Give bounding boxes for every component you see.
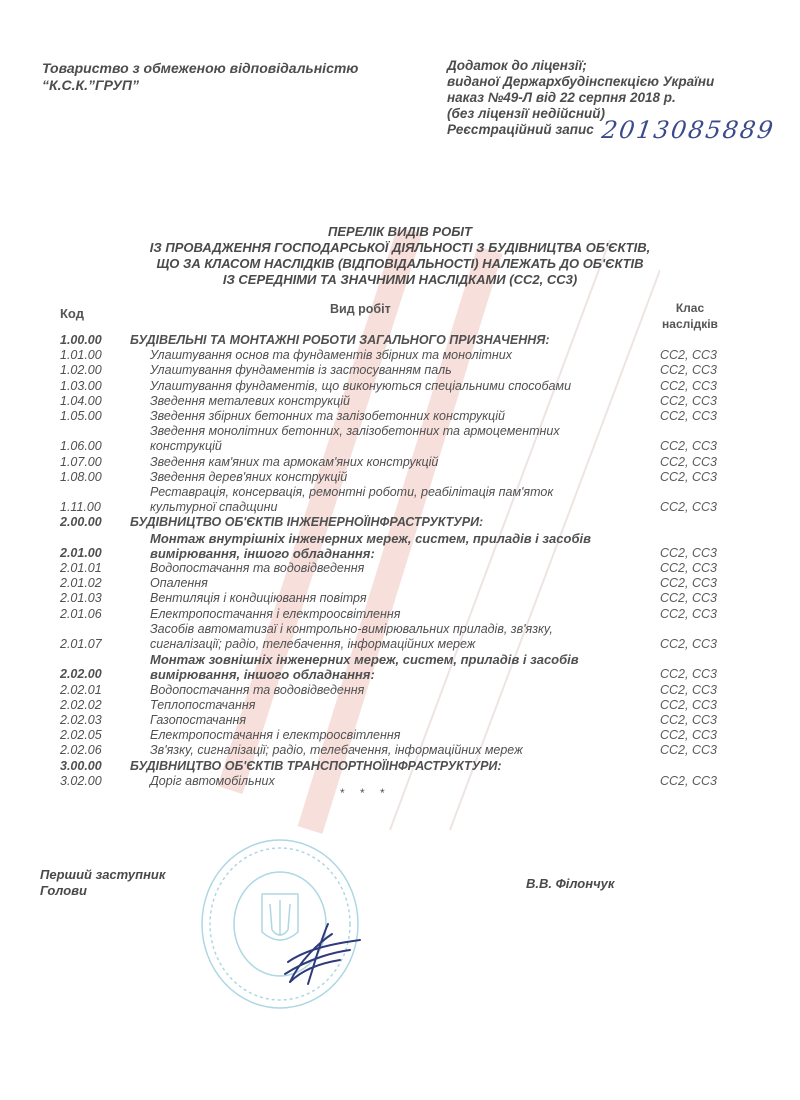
work-description: Зведення кам'яних та армокам'яних констр… xyxy=(132,455,652,470)
work-description-line: Газопостачання xyxy=(150,713,652,728)
work-description-line: культурної спадщини xyxy=(150,500,652,515)
work-type-row: 2.01.02ОпаленняСС2, СС3 xyxy=(60,576,740,591)
work-code: 2.01.02 xyxy=(60,576,132,591)
consequence-class: СС2, СС3 xyxy=(660,607,740,622)
work-description: Улаштування фундаментів, що виконуються … xyxy=(132,379,652,394)
consequence-class: СС2, СС3 xyxy=(660,667,740,682)
work-description-line: Улаштування основ та фундаментів збірних… xyxy=(150,348,652,363)
work-description: Електропостачання і електроосвітлення xyxy=(132,728,652,743)
work-code: 2.02.03 xyxy=(60,713,132,728)
work-type-row: 1.00.00БУДІВЕЛЬНІ ТА МОНТАЖНІ РОБОТИ ЗАГ… xyxy=(60,333,740,348)
work-description: Електропостачання і електроосвітлення xyxy=(132,607,652,622)
work-type-row: 2.00.00БУДІВНИЦТВО ОБ'ЄКТІВ ІНЖЕНЕРНОЇІН… xyxy=(60,515,740,530)
column-header-code: Код xyxy=(60,306,84,321)
organization-line1: Товариство з обмеженою відповідальністю xyxy=(42,60,358,77)
work-description-line: Зведення монолітних бетонних, залізобето… xyxy=(150,424,652,439)
work-code: 2.01.03 xyxy=(60,591,132,606)
registration-record: Реєстраційний запис 2013085889 xyxy=(447,122,774,138)
work-description: Зведення дерев'яних конструкцій xyxy=(132,470,652,485)
work-description-line: Зведення металевих конструкцій xyxy=(150,394,652,409)
work-code: 3.00.00 xyxy=(60,759,132,774)
work-code: 2.01.07 xyxy=(60,637,132,652)
organization-name: Товариство з обмеженою відповідальністю … xyxy=(42,60,358,94)
work-description: Зведення збірних бетонних та залізобетон… xyxy=(132,409,652,424)
work-description: Зведення монолітних бетонних, залізобето… xyxy=(132,424,652,454)
consequence-class: СС2, СС3 xyxy=(660,409,740,424)
work-description: Водопостачання та водовідведення xyxy=(132,683,652,698)
work-code: 2.02.02 xyxy=(60,698,132,713)
work-description: Опалення xyxy=(132,576,652,591)
work-description-line: Монтаж зовнішніх інженерних мереж, систе… xyxy=(150,652,652,667)
work-code: 1.08.00 xyxy=(60,470,132,485)
work-type-row: 1.07.00Зведення кам'яних та армокам'яних… xyxy=(60,455,740,470)
column-header-consequence-class: Клас наслідків xyxy=(650,300,730,332)
consequence-class: СС2, СС3 xyxy=(660,576,740,591)
signer-position: Перший заступник Голови xyxy=(40,867,165,899)
work-description-line: Вентиляція і кондиціювання повітря xyxy=(150,591,652,606)
work-description-line: Засобів автоматизаї і контрольно-вимірюв… xyxy=(150,622,652,637)
consequence-class: СС2, СС3 xyxy=(660,743,740,758)
work-description-line: Теплопостачання xyxy=(150,698,652,713)
consequence-class: СС2, СС3 xyxy=(660,774,740,789)
work-description: Засобів автоматизаї і контрольно-вимірюв… xyxy=(132,622,652,652)
annex-line3: наказ №49-Л від 22 серпня 2018 р. xyxy=(447,90,774,106)
work-code: 2.02.01 xyxy=(60,683,132,698)
consequence-class: СС2, СС3 xyxy=(660,470,740,485)
work-description-line: Зведення дерев'яних конструкцій xyxy=(150,470,652,485)
work-code: 1.07.00 xyxy=(60,455,132,470)
work-code: 2.00.00 xyxy=(60,515,132,530)
organization-line2: “К.С.К.”ГРУП” xyxy=(42,77,358,94)
work-description-line: Монтаж внутрішніх інженерних мереж, сист… xyxy=(150,531,652,546)
work-description: Доріг автомобільних xyxy=(132,774,652,789)
work-type-row: 1.06.00Зведення монолітних бетонних, зал… xyxy=(60,424,740,454)
title-line4: ІЗ СЕРЕДНІМИ ТА ЗНАЧНИМИ НАСЛІДКАМИ (СС2… xyxy=(100,272,700,288)
work-code: 2.02.06 xyxy=(60,743,132,758)
work-description-line: Зведення кам'яних та армокам'яних констр… xyxy=(150,455,652,470)
work-description-line: конструкцій xyxy=(150,439,652,454)
work-type-row: 2.01.00Монтаж внутрішніх інженерних мере… xyxy=(60,531,740,561)
license-annex-info: Додаток до ліцензії; виданої Держархбуді… xyxy=(447,58,774,138)
consequence-class: СС2, СС3 xyxy=(660,683,740,698)
work-code: 1.06.00 xyxy=(60,439,132,454)
work-description-line: БУДІВНИЦТВО ОБ'ЄКТІВ ІНЖЕНЕРНОЇІНФРАСТРУ… xyxy=(130,515,652,530)
work-description: Зв'язку, сигналізації; радіо, телебаченн… xyxy=(132,743,652,758)
work-type-row: 1.08.00Зведення дерев'яних конструкційСС… xyxy=(60,470,740,485)
consequence-class: СС2, СС3 xyxy=(660,546,740,561)
annex-line1: Додаток до ліцензії; xyxy=(447,58,774,74)
work-description-line: Зв'язку, сигналізації; радіо, телебаченн… xyxy=(150,743,652,758)
title-line3: ЩО ЗА КЛАСОМ НАСЛІДКІВ (ВІДПОВІДАЛЬНОСТІ… xyxy=(100,256,700,272)
work-type-row: 1.02.00Улаштування фундаментів із застос… xyxy=(60,363,740,378)
work-code: 3.02.00 xyxy=(60,774,132,789)
work-description-line: вимірювання, іншого обладнання: xyxy=(150,667,652,682)
work-description: Монтаж внутрішніх інженерних мереж, сист… xyxy=(132,531,652,561)
work-description-line: Зведення збірних бетонних та залізобетон… xyxy=(150,409,652,424)
work-type-row: 3.00.00БУДІВНИЦТВО ОБ'ЄКТІВ ТРАНСПОРТНОЇ… xyxy=(60,759,740,774)
work-types-list: 1.00.00БУДІВЕЛЬНІ ТА МОНТАЖНІ РОБОТИ ЗАГ… xyxy=(60,333,740,789)
work-code: 1.04.00 xyxy=(60,394,132,409)
work-code: 2.01.00 xyxy=(60,546,132,561)
work-description: Вентиляція і кондиціювання повітря xyxy=(132,591,652,606)
work-description-line: вимірювання, іншого обладнання: xyxy=(150,546,652,561)
document-title: ПЕРЕЛІК ВИДІВ РОБІТ ІЗ ПРОВАДЖЕННЯ ГОСПО… xyxy=(100,224,700,288)
work-code: 1.01.00 xyxy=(60,348,132,363)
work-type-row: 2.02.05Електропостачання і електроосвітл… xyxy=(60,728,740,743)
work-description-line: Улаштування фундаментів із застосуванням… xyxy=(150,363,652,378)
work-description-line: Водопостачання та водовідведення xyxy=(150,561,652,576)
work-description-line: Опалення xyxy=(150,576,652,591)
work-description-line: сигналізації; радіо, телебачення, інформ… xyxy=(150,637,652,652)
work-description-line: Електропостачання і електроосвітлення xyxy=(150,728,652,743)
work-description: БУДІВНИЦТВО ОБ'ЄКТІВ ІНЖЕНЕРНОЇІНФРАСТРУ… xyxy=(130,515,652,530)
consequence-class: СС2, СС3 xyxy=(660,713,740,728)
work-code: 1.05.00 xyxy=(60,409,132,424)
work-description-line: Електропостачання і електроосвітлення xyxy=(150,607,652,622)
consequence-class: СС2, СС3 xyxy=(660,455,740,470)
work-type-row: 2.01.07Засобів автоматизаї і контрольно-… xyxy=(60,622,740,652)
work-type-row: 2.02.03ГазопостачанняСС2, СС3 xyxy=(60,713,740,728)
title-line1: ПЕРЕЛІК ВИДІВ РОБІТ xyxy=(100,224,700,240)
signer-position-line1: Перший заступник xyxy=(40,867,165,883)
official-stamp-icon xyxy=(190,832,370,1017)
consequence-class: СС2, СС3 xyxy=(660,637,740,652)
class-header-line2: наслідків xyxy=(650,316,730,332)
work-description: Улаштування основ та фундаментів збірних… xyxy=(132,348,652,363)
work-type-row: 2.01.03Вентиляція і кондиціювання повітр… xyxy=(60,591,740,606)
consequence-class: СС2, СС3 xyxy=(660,439,740,454)
work-description: БУДІВНИЦТВО ОБ'ЄКТІВ ТРАНСПОРТНОЇІНФРАСТ… xyxy=(130,759,652,774)
work-description: Зведення металевих конструкцій xyxy=(132,394,652,409)
work-description: БУДІВЕЛЬНІ ТА МОНТАЖНІ РОБОТИ ЗАГАЛЬНОГО… xyxy=(130,333,652,348)
work-code: 2.01.01 xyxy=(60,561,132,576)
work-type-row: 3.02.00Доріг автомобільнихСС2, СС3 xyxy=(60,774,740,789)
consequence-class: СС2, СС3 xyxy=(660,394,740,409)
work-code: 1.03.00 xyxy=(60,379,132,394)
consequence-class: СС2, СС3 xyxy=(660,591,740,606)
work-type-row: 2.01.01Водопостачання та водовідведенняС… xyxy=(60,561,740,576)
work-description-line: БУДІВЕЛЬНІ ТА МОНТАЖНІ РОБОТИ ЗАГАЛЬНОГО… xyxy=(130,333,652,348)
title-line2: ІЗ ПРОВАДЖЕННЯ ГОСПОДАРСЬКОЇ ДІЯЛЬНОСТІ … xyxy=(100,240,700,256)
work-code: 2.02.05 xyxy=(60,728,132,743)
consequence-class: СС2, СС3 xyxy=(660,500,740,515)
signer-position-line2: Голови xyxy=(40,883,165,899)
work-type-row: 1.01.00Улаштування основ та фундаментів … xyxy=(60,348,740,363)
column-header-work-type: Вид робіт xyxy=(330,302,391,316)
work-code: 1.02.00 xyxy=(60,363,132,378)
work-code: 1.11.00 xyxy=(60,500,132,515)
class-header-line1: Клас xyxy=(650,300,730,316)
work-code: 2.02.00 xyxy=(60,667,132,682)
work-description: Водопостачання та водовідведення xyxy=(132,561,652,576)
consequence-class: СС2, СС3 xyxy=(660,698,740,713)
annex-line2: виданої Держархбудінспекцією України xyxy=(447,74,774,90)
work-type-row: 1.11.00Реставрація, консервація, ремонтн… xyxy=(60,485,740,515)
registration-number: 2013085889 xyxy=(601,122,776,138)
work-description-line: БУДІВНИЦТВО ОБ'ЄКТІВ ТРАНСПОРТНОЇІНФРАСТ… xyxy=(130,759,652,774)
work-description: Монтаж зовнішніх інженерних мереж, систе… xyxy=(132,652,652,682)
work-type-row: 2.02.01Водопостачання та водовідведенняС… xyxy=(60,683,740,698)
consequence-class: СС2, СС3 xyxy=(660,561,740,576)
registration-label: Реєстраційний запис xyxy=(447,122,594,138)
consequence-class: СС2, СС3 xyxy=(660,728,740,743)
work-description: Газопостачання xyxy=(132,713,652,728)
consequence-class: СС2, СС3 xyxy=(660,363,740,378)
consequence-class: СС2, СС3 xyxy=(660,348,740,363)
work-type-row: 1.04.00Зведення металевих конструкційСС2… xyxy=(60,394,740,409)
work-type-row: 2.02.02ТеплопостачанняСС2, СС3 xyxy=(60,698,740,713)
work-description-line: Доріг автомобільних xyxy=(150,774,652,789)
work-description-line: Реставрація, консервація, ремонтні робот… xyxy=(150,485,652,500)
work-description: Улаштування фундаментів із застосуванням… xyxy=(132,363,652,378)
work-type-row: 2.02.06Зв'язку, сигналізації; радіо, тел… xyxy=(60,743,740,758)
work-description: Реставрація, консервація, ремонтні робот… xyxy=(132,485,652,515)
consequence-class: СС2, СС3 xyxy=(660,379,740,394)
signer-name: В.В. Філончук xyxy=(526,876,614,891)
work-type-row: 1.03.00Улаштування фундаментів, що викон… xyxy=(60,379,740,394)
work-code: 2.01.06 xyxy=(60,607,132,622)
end-separator: * * * xyxy=(340,786,391,800)
work-type-row: 2.02.00Монтаж зовнішніх інженерних мереж… xyxy=(60,652,740,682)
work-description: Теплопостачання xyxy=(132,698,652,713)
work-description-line: Улаштування фундаментів, що виконуються … xyxy=(150,379,652,394)
work-code: 1.00.00 xyxy=(60,333,132,348)
work-type-row: 2.01.06Електропостачання і електроосвітл… xyxy=(60,607,740,622)
work-description-line: Водопостачання та водовідведення xyxy=(150,683,652,698)
work-type-row: 1.05.00Зведення збірних бетонних та залі… xyxy=(60,409,740,424)
